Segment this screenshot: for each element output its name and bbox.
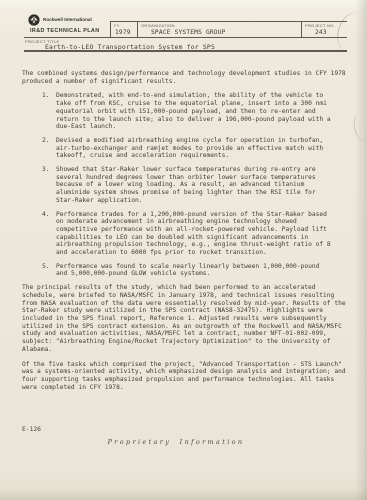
form-rule-top — [110, 21, 347, 22]
list-item-text: Demonstrated, with end-to-end simulation… — [56, 92, 334, 131]
list-item-text: Performance was found to scale nearly li… — [56, 263, 334, 278]
tasks-paragraph: Of the five tasks which comprised the pr… — [22, 361, 352, 392]
form-rule-v2 — [137, 21, 138, 37]
form-rule-mid — [24, 37, 347, 38]
scan-edge-shadow-bottom — [0, 490, 367, 500]
list-item: 1. Demonstrated, with end-to-end simulat… — [22, 92, 352, 131]
document-body: The combined systems design/performance … — [22, 70, 352, 398]
organization-label: ORGANIZATION — [141, 23, 175, 28]
list-item-text: Performance trades for a 1,200,000-pound… — [56, 211, 334, 257]
intro-paragraph: The combined systems design/performance … — [22, 70, 352, 85]
proprietary-notice: Proprietary Information — [0, 438, 352, 446]
list-item-text: Showed that Star-Raker lower surface tem… — [56, 166, 334, 205]
list-item-number: 4. — [42, 211, 56, 257]
brand-name: Rockwell International — [43, 17, 92, 22]
list-item: 5. Performance was found to scale nearly… — [22, 263, 352, 278]
scan-artifact-curve-mid — [351, 110, 367, 143]
project-title: Earth-to-LEO Transportation System for S… — [45, 43, 215, 51]
fy-value: 1979 — [115, 29, 131, 36]
plan-label: IR&D TECHNICAL PLAN — [30, 28, 100, 34]
project-no-label: PROJECT NO. — [305, 23, 335, 28]
rockwell-international-logo-icon — [28, 14, 40, 26]
form-rule-v1 — [110, 21, 111, 37]
list-item: 4. Performance trades for a 1,200,000-po… — [22, 211, 352, 257]
scanned-document-page: Rockwell International IR&D TECHNICAL PL… — [0, 0, 367, 500]
results-paragraph: The principal results of the study, whic… — [22, 284, 352, 353]
list-item: 2. Devised a modified airbreathing engin… — [22, 137, 352, 160]
page-number: E-126 — [22, 426, 41, 433]
form-rule-v3 — [301, 21, 302, 37]
project-no-value: 243 — [315, 29, 327, 36]
organization-value: SPACE SYSTEMS GROUP — [151, 29, 226, 36]
list-item-number: 2. — [42, 137, 56, 160]
list-item: 3. Showed that Star-Raker lower surface … — [22, 166, 352, 205]
fy-label: FY — [114, 23, 120, 28]
list-item-number: 3. — [42, 166, 56, 205]
list-item-number: 5. — [42, 263, 56, 278]
list-item-number: 1. — [42, 92, 56, 131]
scan-edge-shadow-right — [355, 0, 367, 500]
list-item-text: Devised a modified airbreathing engine c… — [56, 137, 334, 160]
